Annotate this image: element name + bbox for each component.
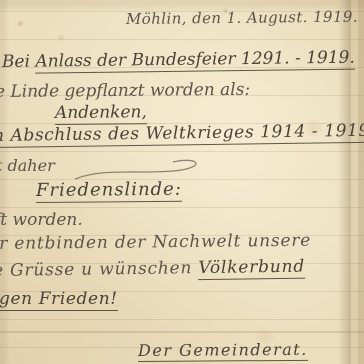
scanned-document-page: Möhlin, den 1. August. 1919. Bei Anlass … bbox=[0, 0, 364, 364]
handwritten-line: e Grüsse u wünschen Völkerbund bbox=[0, 257, 305, 281]
underlined-text-segment: n Abschluss des Weltkrieges 1914 - 1919. bbox=[0, 121, 364, 148]
underlined-text-segment: Der Gemeinderat. bbox=[138, 340, 308, 362]
paper-stain bbox=[16, 20, 25, 27]
underlined-text-segment: Völkerbund bbox=[198, 257, 305, 280]
handwritten-line: t daher bbox=[0, 156, 55, 175]
handwritten-line: Bei Anlass der Bundesfeier 1291. - 1919. bbox=[2, 48, 355, 72]
handwritten-line: igen Frieden! bbox=[0, 289, 118, 309]
text-segment: Bei bbox=[2, 52, 36, 72]
underlined-text-segment: Anlass der Bundesfeier 1291. - 1919. bbox=[35, 48, 355, 74]
text-segment: t daher bbox=[0, 156, 55, 175]
handwritten-line: ir entbinden der Nachwelt unsere bbox=[0, 231, 311, 254]
paper-stain bbox=[56, 34, 66, 42]
handwritten-line: Friedenslinde: bbox=[36, 179, 182, 201]
text-segment: e Linde gepflanzt worden als: bbox=[0, 80, 250, 102]
handwritten-line: Andenken, bbox=[55, 102, 147, 123]
underlined-text-segment: igen Frieden! bbox=[0, 289, 118, 311]
underlined-text-segment: Friedenslinde: bbox=[36, 179, 182, 203]
text-segment: ir entbinden der Nachwelt unsere bbox=[0, 231, 311, 254]
text-segment: e Grüsse u wünschen bbox=[0, 258, 199, 281]
date-line: Möhlin, den 1. August. 1919. bbox=[126, 8, 358, 28]
handwritten-line: n Abschluss des Weltkrieges 1914 - 1919. bbox=[0, 121, 364, 146]
date-text: Möhlin, den 1. August. 1919. bbox=[126, 8, 358, 28]
text-segment: ft worden. bbox=[0, 210, 83, 230]
handwritten-line: ft worden. bbox=[0, 210, 83, 230]
handwritten-line: e Linde gepflanzt worden als: bbox=[0, 80, 250, 102]
underlined-text-segment: Andenken, bbox=[55, 102, 147, 125]
signature-line: Der Gemeinderat. bbox=[138, 340, 308, 360]
